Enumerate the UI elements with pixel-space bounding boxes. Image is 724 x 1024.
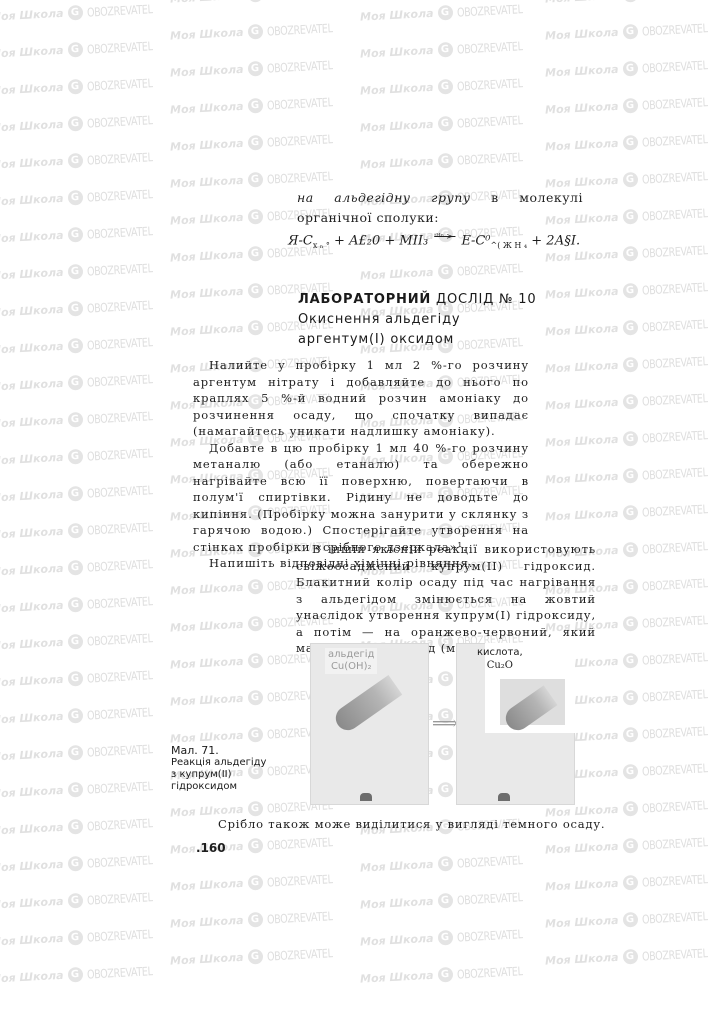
watermark: Моя ШколаGOBOZREVATEL <box>0 259 169 283</box>
watermark: Моя ШколаGOBOZREVATEL <box>545 93 724 117</box>
lab-subtitle-2: аргентум(І) оксидом <box>298 330 536 350</box>
watermark: Моя ШколаGOBOZREVATEL <box>545 19 724 43</box>
watermark: Моя ШколаGOBOZREVATEL <box>0 814 169 838</box>
caption-line: гідроксидом <box>171 781 266 793</box>
lab-experiment-heading: ЛАБОРАТОРНИЙ ДОСЛІД № 10 Окиснення альде… <box>298 290 536 350</box>
caption-number: Мал. 71. <box>171 745 266 757</box>
lab-title-bold: ЛАБОРАТОРНИЙ <box>298 292 431 307</box>
watermark: Моя ШколаGOBOZREVATEL <box>360 851 539 875</box>
watermark: Моя ШколаGOBOZREVATEL <box>0 888 169 912</box>
watermark: Моя ШколаGOBOZREVATEL <box>545 352 724 376</box>
watermark: Моя ШколаGOBOZREVATEL <box>545 500 724 524</box>
figure-caption: Мал. 71. Реакція альдегіду з купрум(ІІ) … <box>171 745 266 793</box>
watermark: Моя ШколаGOBOZREVATEL <box>545 833 724 857</box>
watermark: Моя ШколаGOBOZREVATEL <box>170 870 349 894</box>
watermark: Моя ШколаGOBOZREVATEL <box>0 703 169 727</box>
watermark: Моя ШколаGOBOZREVATEL <box>360 925 539 949</box>
watermark: Моя ШколаGOBOZREVATEL <box>170 907 349 931</box>
watermark: Моя ШколаGOBOZREVATEL <box>545 907 724 931</box>
watermark: Моя ШколаGOBOZREVATEL <box>0 0 169 24</box>
label-before-line2: Cu(OH)₂ <box>328 661 374 673</box>
watermark: Моя ШколаGOBOZREVATEL <box>0 518 169 542</box>
caption-line: з купрум(ІІ) <box>171 769 266 781</box>
watermark: Моя ШколаGOBOZREVATEL <box>0 740 169 764</box>
intro-italic: на альдегідну групу <box>297 190 471 205</box>
label-after-line2: Cu₂O <box>477 659 523 672</box>
watermark: Моя ШколаGOBOZREVATEL <box>0 370 169 394</box>
reaction-paragraph: В іншій якісній реакції використовують с… <box>296 541 596 657</box>
watermark: Моя ШколаGOBOZREVATEL <box>170 19 349 43</box>
eq-product-1-sub: ^( Ж Н ₄ <box>491 241 528 250</box>
burner-icon <box>360 793 372 801</box>
watermark: Моя ШколаGOBOZREVATEL <box>0 148 169 172</box>
watermark: Моя ШколаGOBOZREVATEL <box>0 666 169 690</box>
watermark: Моя ШколаGOBOZREVATEL <box>360 111 539 135</box>
watermark: Моя ШколаGOBOZREVATEL <box>0 555 169 579</box>
eq-plus: + <box>380 233 399 248</box>
watermark: Моя ШколаGOBOZREVATEL <box>360 74 539 98</box>
procedure-step: Добавте в цю пробірку 1 мл 40 %-го розчи… <box>193 440 529 556</box>
watermark: Моя ШколаGOBOZREVATEL <box>0 444 169 468</box>
watermark: Моя ШколаGOBOZREVATEL <box>545 130 724 154</box>
caption-line: Реакція альдегіду <box>171 757 266 769</box>
watermark: Моя ШколаGOBOZREVATEL <box>170 0 349 7</box>
watermark: Моя ШколаGOBOZREVATEL <box>170 944 349 968</box>
reaction-text: В іншій якісній реакції використовують с… <box>296 541 596 657</box>
procedure-step: Налийте у пробірку 1 мл 2 %-го розчину а… <box>193 357 529 440</box>
watermark: Моя ШколаGOBOZREVATEL <box>545 315 724 339</box>
figure-71: альдегід Cu(OH)₂ ⟹ кислота, Cu₂O <box>310 643 600 823</box>
watermark: Моя ШколаGOBOZREVATEL <box>0 481 169 505</box>
footnote-text: Срібло також може виділитися у вигляді т… <box>218 817 605 831</box>
eq-lhs-sub: х ₙ ° <box>313 241 330 250</box>
watermark: Моя ШколаGOBOZREVATEL <box>170 93 349 117</box>
watermark: Моя ШколаGOBOZREVATEL <box>0 407 169 431</box>
watermark: Моя ШколаGOBOZREVATEL <box>545 870 724 894</box>
lab-title-rest: ДОСЛІД № 10 <box>431 292 536 307</box>
watermark: Моя ШколаGOBOZREVATEL <box>0 592 169 616</box>
watermark: Моя ШколаGOBOZREVATEL <box>360 148 539 172</box>
watermark: Моя ШколаGOBOZREVATEL <box>545 56 724 80</box>
chemical-equation: Я-Сх ₙ ° + A£₂0 + МІІ₃ᵗᴴᵒ > Е-С⁰^( Ж Н ₄… <box>288 232 598 250</box>
eq-product-2: 2А§І. <box>546 233 580 248</box>
watermark: Моя ШколаGOBOZREVATEL <box>545 0 724 7</box>
watermark: Моя ШколаGOBOZREVATEL <box>545 944 724 968</box>
procedure-text: Налийте у пробірку 1 мл 2 %-го розчину а… <box>193 357 529 572</box>
eq-plus: + <box>527 233 546 248</box>
watermark: Моя ШколаGOBOZREVATEL <box>545 278 724 302</box>
lab-subtitle-1: Окиснення альдегіду <box>298 310 536 330</box>
watermark: Моя ШколаGOBOZREVATEL <box>360 962 539 986</box>
watermark: Моя ШколаGOBOZREVATEL <box>0 925 169 949</box>
watermark: Моя ШколаGOBOZREVATEL <box>170 56 349 80</box>
intro-paragraph: на альдегідну групу в молекулі органічно… <box>297 188 583 228</box>
watermark: Моя ШколаGOBOZREVATEL <box>0 37 169 61</box>
reaction-arrow-icon: ⟹ <box>432 713 458 734</box>
watermark: Моя ШколаGOBOZREVATEL <box>0 111 169 135</box>
label-before: альдегід Cu(OH)₂ <box>325 648 377 674</box>
eq-reagent-1: A£₂0 <box>349 233 380 248</box>
watermark: Моя ШколаGOBOZREVATEL <box>545 389 724 413</box>
label-after: кислота, Cu₂O <box>477 646 523 672</box>
watermark: Моя ШколаGOBOZREVATEL <box>0 629 169 653</box>
eq-lhs: Я-С <box>288 233 313 248</box>
watermark: Моя ШколаGOBOZREVATEL <box>170 130 349 154</box>
watermark: Моя ШколаGOBOZREVATEL <box>545 463 724 487</box>
label-after-line1: кислота, <box>477 646 523 659</box>
eq-reagent-2: МІІ₃ <box>399 233 428 248</box>
label-before-line1: альдегід <box>328 649 374 661</box>
page-number: .160 <box>196 841 226 855</box>
watermark: Моя ШколаGOBOZREVATEL <box>0 74 169 98</box>
watermark: Моя ШколаGOBOZREVATEL <box>0 296 169 320</box>
watermark: Моя ШколаGOBOZREVATEL <box>0 962 169 986</box>
watermark: Моя ШколаGOBOZREVATEL <box>545 426 724 450</box>
watermark: Моя ШколаGOBOZREVATEL <box>0 777 169 801</box>
eq-arrow: ᵗᴴᵒ > <box>434 232 455 241</box>
eq-product-1: Е-С⁰ <box>461 233 490 248</box>
watermark: Моя ШколаGOBOZREVATEL <box>0 333 169 357</box>
burner-icon <box>498 793 510 801</box>
watermark: Моя ШколаGOBOZREVATEL <box>360 888 539 912</box>
eq-plus: + <box>330 233 349 248</box>
watermark: Моя ШколаGOBOZREVATEL <box>0 222 169 246</box>
watermark: Моя ШколаGOBOZREVATEL <box>360 37 539 61</box>
watermark: Моя ШколаGOBOZREVATEL <box>0 185 169 209</box>
watermark: Моя ШколаGOBOZREVATEL <box>360 259 539 283</box>
watermark: Моя ШколаGOBOZREVATEL <box>360 0 539 24</box>
watermark: Моя ШколаGOBOZREVATEL <box>0 851 169 875</box>
